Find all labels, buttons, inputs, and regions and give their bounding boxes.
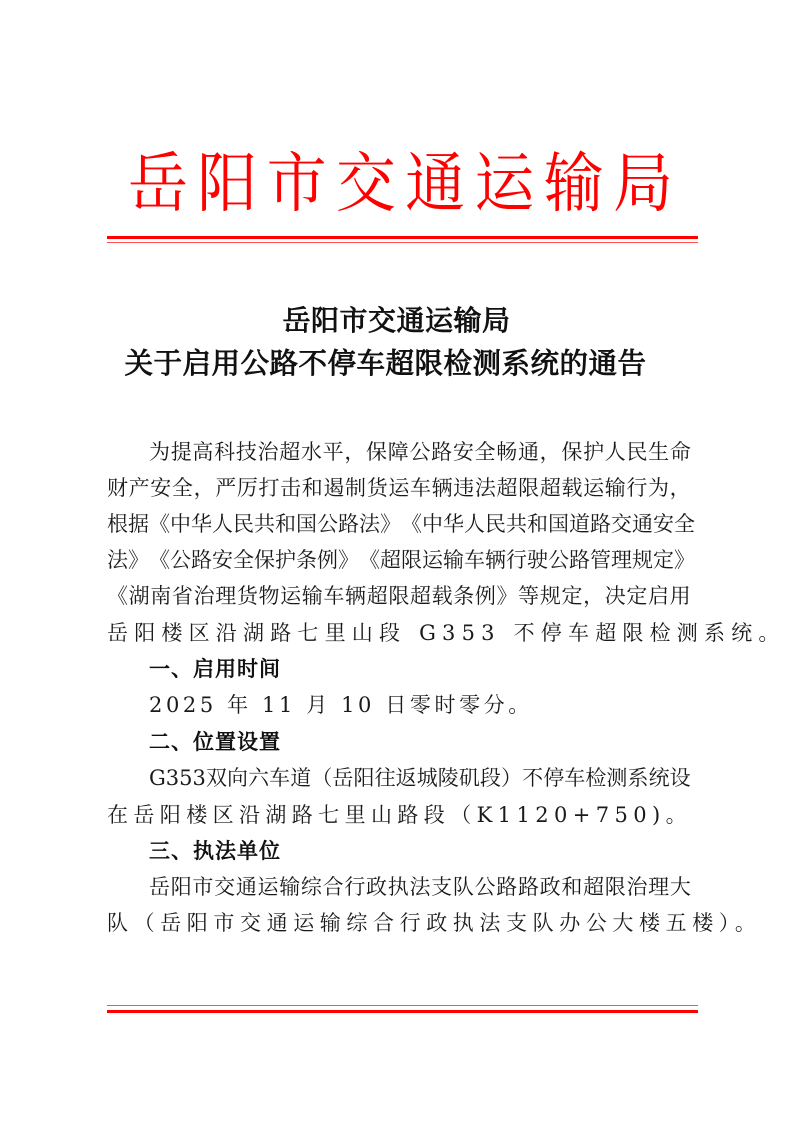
letterhead-char: 局 [613,145,673,223]
paragraph-line: 财产安全，严厉打击和遏制货运车辆违法超限超载运输行为， [107,470,691,506]
header-rule-thick [107,236,698,239]
paragraph-line: 岳阳楼区沿湖路七里山段 G353 不停车超限检测系统。 [107,615,691,651]
section-text: 在岳阳楼区沿湖路七里山路段（K1120+750)。 [107,797,691,833]
letterhead: 岳 阳 市 交 通 运 输 局 [128,148,673,220]
paragraph-line: 《湖南省治理货物运输车辆超限超载条例》等规定，决定启用 [107,578,691,614]
section-text: 岳阳市交通运输综合行政执法支队公路路政和超限治理大 [149,869,691,905]
section-heading-location: 二、位置设置 [149,724,281,760]
paragraph-line: 为提高科技治超水平，保障公路安全畅通，保护人民生命 [149,434,691,470]
letterhead-char: 市 [267,145,327,223]
section-text: G353双向六车道（岳阳往返城陵矶段）不停车检测系统设 [149,760,691,796]
header-rule-thin [107,242,698,243]
letterhead-char: 运 [474,145,534,223]
section-text: 2025 年 11 月 10 日零时零分。 [149,687,691,723]
letterhead-char: 输 [544,145,604,223]
document-page: 岳 阳 市 交 通 运 输 局 岳阳市交通运输局 关于启用公路不停车超限检测系统… [0,0,793,1122]
section-text: 队（岳阳市交通运输综合行政执法支队办公大楼五楼）。 [107,905,691,941]
letterhead-char: 岳 [128,145,188,223]
paragraph-line: 法》《公路安全保护条例》《超限运输车辆行驶公路管理规定》 [107,542,691,578]
footer-rule-thick [107,1010,698,1013]
section-heading-time: 一、启用时间 [149,651,281,687]
notice-title-issuer: 岳阳市交通运输局 [0,304,793,338]
paragraph-line: 根据《中华人民共和国公路法》《中华人民共和国道路交通安全 [107,506,691,542]
letterhead-char: 通 [405,145,465,223]
letterhead-char: 交 [336,145,396,223]
footer-rule-thin [107,1005,698,1006]
notice-title-subject: 关于启用公路不停车超限检测系统的通告 [0,345,782,381]
letterhead-char: 阳 [197,145,257,223]
section-heading-agency: 三、执法单位 [149,833,281,869]
